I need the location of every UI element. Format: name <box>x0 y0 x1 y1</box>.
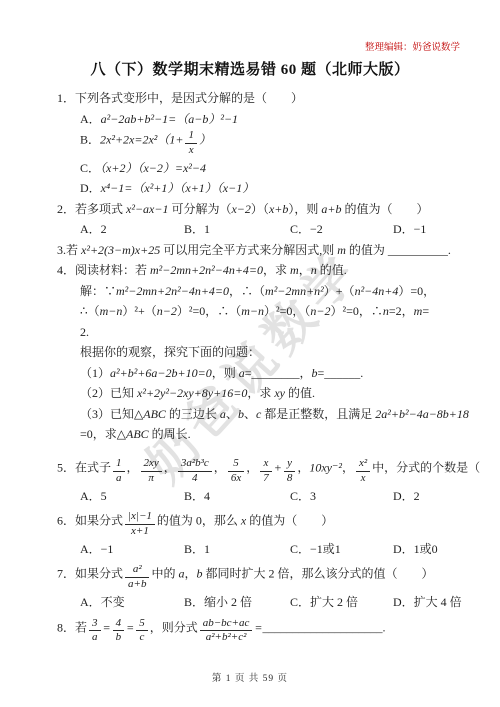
content-line: 5．在式子1a，2xyπ，3a²b³c4，56x，x7+y8，10xy⁻²，x²… <box>57 457 466 486</box>
content-line: =0，求△ABC 的周长. <box>57 424 466 445</box>
math-text: ABC <box>143 407 166 421</box>
fraction: 1a <box>113 458 125 485</box>
option: B．缩小 2 倍 <box>184 592 290 613</box>
fraction: a²a+b <box>125 564 149 591</box>
text: A． <box>80 112 101 126</box>
text: ， <box>342 460 354 474</box>
content-line: 1．下列各式变形中，是因式分解的是（ ） <box>57 88 466 109</box>
content-line: 8．若3a=4b=5c，则分式ab−bc+aca²+b²+c²=________… <box>57 617 466 646</box>
content-line: D．x⁴−1=（x²+1）（x+1）（x−1） <box>57 178 466 199</box>
content-line: C．（x+2）（x−2）=x²−4 <box>57 158 466 179</box>
text: ）²+（ <box>122 304 156 318</box>
fraction: x7 <box>260 458 272 485</box>
math-text: n−2 <box>310 304 330 318</box>
text: ）+（ <box>324 284 355 298</box>
option: A．5 <box>80 486 184 507</box>
text: ， <box>297 460 309 474</box>
text: 的值为（ ） <box>246 514 333 528</box>
text: =2， <box>389 304 414 318</box>
math-text: a+b <box>321 202 341 216</box>
option-row: A．不变B．缩小 2 倍C．扩大 2 倍D．扩大 4 倍 <box>57 592 466 613</box>
text: 的三边长 <box>166 407 220 421</box>
text: ， <box>127 460 139 474</box>
text: B．缩小 2 倍 <box>184 595 252 609</box>
text: ）²=0，∴ <box>331 304 383 318</box>
option: B．1 <box>184 219 290 240</box>
option-row: A．2B．1C．−2D．−1 <box>57 219 466 240</box>
math-text: a²+b²+6a−2b+10=0 <box>110 366 212 380</box>
text: ）（ <box>251 202 269 216</box>
content-line: A．a²−2ab+b²−1=（a−b）²−1 <box>57 109 466 130</box>
content-line: 6．如果分式|x|−1x+1的值为 0，那么 x 的值为（ ） <box>57 510 466 539</box>
fraction: x²x <box>356 458 370 485</box>
fraction: y8 <box>284 458 296 485</box>
text: ，∴（ <box>229 284 265 298</box>
text: 5．在式子 <box>57 460 111 474</box>
math-text: x²+2(3−m)x+25 <box>81 243 160 257</box>
content-line: ∴（m−n）²+（n−2）²=0，∴（m−n）²=0，（n−2）²=0，∴n=2… <box>57 301 466 322</box>
fraction: 2xyπ <box>141 458 162 485</box>
text: ， <box>299 263 311 277</box>
text: B． <box>80 133 100 147</box>
option: B．4 <box>184 486 290 507</box>
text: ，求 <box>247 386 274 400</box>
math-text: ） <box>199 133 211 147</box>
math-text: x+b <box>269 202 288 216</box>
math-text: m <box>337 243 346 257</box>
text: 2．若多项式 <box>57 202 126 216</box>
text: ， <box>184 567 196 581</box>
content-line: （2）已知 x²+2y²−2xy+8y+16=0，求 xy 的值. <box>57 383 466 404</box>
text: A．5 <box>80 489 107 503</box>
text: ____________________. <box>262 620 385 634</box>
text: B．4 <box>184 489 210 503</box>
text: A．2 <box>80 222 107 236</box>
math-text: m²−2mn+2n²−4n+4=0 <box>150 263 263 277</box>
page-footer: 第 1 页 共 59 页 <box>0 670 500 684</box>
editor-credit: 整理编辑：奶爸说数学 <box>365 39 460 53</box>
text: 6．如果分式 <box>57 514 123 528</box>
math-text: x²+2y²−2xy+8y+16=0 <box>137 386 247 400</box>
option: D．1或0 <box>393 539 466 560</box>
text: 7．如果分式 <box>57 567 123 581</box>
math-text: m <box>290 263 299 277</box>
option: A．−1 <box>80 539 184 560</box>
math-text: = <box>126 620 134 634</box>
text: D．−1 <box>393 222 426 236</box>
text: B．1 <box>184 222 210 236</box>
math-text: x²−ax−1 <box>126 202 168 216</box>
text: 4．阅读材料：若 <box>57 263 150 277</box>
math-text: 2x²+2x=2x²（1+ <box>100 133 183 147</box>
math-text: n−2 <box>157 304 177 318</box>
fraction: 3a <box>89 618 101 645</box>
text: =______. <box>318 366 364 380</box>
content-line: 3.若 x²+2(3−m)x+25 可以用完全平方式来分解因式,则 m 的值为 … <box>57 240 466 261</box>
fraction: |x|−1x+1 <box>125 511 155 538</box>
content-line: 7．如果分式a²a+b中的 a，b 都同时扩大 2 倍，那么该分式的值（ ） <box>57 563 466 592</box>
text: ）²=0，∴（ <box>177 304 241 318</box>
math-text: x−2 <box>231 202 250 216</box>
text: C． <box>80 161 100 175</box>
math-text: m−n <box>241 304 264 318</box>
text: ）²=0，（ <box>264 304 310 318</box>
text: 中，分式的个数是（ ） <box>372 460 500 474</box>
text: ，求 <box>263 263 290 277</box>
text: 的值. <box>285 386 315 400</box>
content-line: 2. <box>57 322 466 343</box>
option: C．−2 <box>290 219 393 240</box>
text: B．1 <box>184 542 210 556</box>
text: 的值. <box>317 263 347 277</box>
text: ，则分式 <box>150 620 198 634</box>
math-text: = <box>103 620 111 634</box>
content-line: 4．阅读材料：若 m²−2mn+2n²−4n+4=0，求 m，n 的值. <box>57 260 466 281</box>
document-page: 整理编辑：奶爸说数学 八（下）数学期末精选易错 60 题（北师大版） 奶爸说数学… <box>0 0 500 707</box>
fraction: ab−bc+aca²+b²+c² <box>200 618 253 645</box>
text: 、 <box>244 407 256 421</box>
text: 的值为 __________. <box>346 243 451 257</box>
text: C．扩大 2 倍 <box>290 595 358 609</box>
text: ），则 <box>288 202 321 216</box>
text: 可以用完全平方式来分解因式,则 <box>160 243 337 257</box>
text: ）=0， <box>398 284 435 298</box>
text: ， <box>164 460 176 474</box>
text: （3）已知△ <box>80 407 143 421</box>
text: 的周长. <box>149 427 191 441</box>
text: ， <box>214 460 226 474</box>
text: C．−2 <box>290 222 323 236</box>
text: ，则 <box>212 366 239 380</box>
text: 1．下列各式变形中，是因式分解的是（ ） <box>57 91 303 105</box>
math-text: m²−2mn+2n²−4n+4=0 <box>116 284 229 298</box>
text: 的值为（ ） <box>342 202 429 216</box>
text: （1） <box>80 366 110 380</box>
option: D．−1 <box>393 219 466 240</box>
text: 都是正整数，且满足 <box>261 407 375 421</box>
math-text: x⁴−1=（x²+1）（x+1）（x−1） <box>101 181 255 195</box>
fraction: 3a²b³c4 <box>178 458 212 485</box>
text: C．3 <box>290 489 316 503</box>
option: D．扩大 4 倍 <box>393 592 466 613</box>
text: （2）已知 <box>80 386 137 400</box>
content-line: 解：∵m²−2mn+2n²−4n+4=0，∴（m²−2mn+n²）+（n²−4n… <box>57 281 466 302</box>
math-text: a²−2ab+b²−1=（a−b）²−1 <box>101 112 238 126</box>
option: C．−1或1 <box>290 539 393 560</box>
math-text: n²−4n+4 <box>355 284 399 298</box>
option: B．1 <box>184 539 290 560</box>
text: 、 <box>226 407 238 421</box>
text: D．1或0 <box>393 542 438 556</box>
page-title: 八（下）数学期末精选易错 60 题（北师大版） <box>0 58 500 79</box>
option-row: A．−1B．1C．−1或1D．1或0 <box>57 539 466 560</box>
text: 3.若 <box>57 243 81 257</box>
math-text: ABC <box>126 427 149 441</box>
fraction: 5c <box>136 618 148 645</box>
text: 中的 <box>151 567 178 581</box>
fraction: 4b <box>113 618 125 645</box>
option: A．2 <box>80 219 184 240</box>
option: C．扩大 2 倍 <box>290 592 393 613</box>
math-text: xy <box>274 386 285 400</box>
text: ∴（ <box>80 304 100 318</box>
option: C．3 <box>290 486 393 507</box>
text: 都同时扩大 2 倍，那么该分式的值（ ） <box>202 567 433 581</box>
text: A．不变 <box>80 595 125 609</box>
math-text: 2a²+b²−4a−8b+18 <box>375 407 469 421</box>
questions-area: 1．下列各式变形中，是因式分解的是（ ）A．a²−2ab+b²−1=（a−b）²… <box>57 88 466 645</box>
text: 可分解为（ <box>168 202 231 216</box>
option: D．2 <box>393 486 466 507</box>
text: ， <box>246 460 258 474</box>
text: 的值为 0，那么 <box>157 514 241 528</box>
text: D． <box>80 181 101 195</box>
text: C．−1或1 <box>290 542 341 556</box>
text: 8．若 <box>57 620 87 634</box>
fraction: 56x <box>228 458 244 485</box>
option: A．不变 <box>80 592 184 613</box>
content-line: 2．若多项式 x²−ax−1 可分解为（x−2）（x+b），则 a+b 的值为（… <box>57 199 466 220</box>
math-text: + <box>274 460 282 474</box>
content-line: （1）a²+b²+6a−2b+10=0，则 a=________，b=_____… <box>57 363 466 384</box>
text: 解：∵ <box>80 284 116 298</box>
text: D．2 <box>393 489 420 503</box>
math-text: m−n <box>100 304 123 318</box>
text: A．−1 <box>80 542 113 556</box>
text: = <box>422 304 429 318</box>
fraction: 1x <box>185 130 197 157</box>
text: D．扩大 4 倍 <box>393 595 462 609</box>
option-row: A．5B．4C．3D．2 <box>57 486 466 507</box>
content-line: （3）已知△ABC 的三边长 a、b、c 都是正整数，且满足 2a²+b²−4a… <box>57 404 466 425</box>
content-line: 根据你的观察，探究下面的问题： <box>57 342 466 363</box>
text: =________， <box>245 366 312 380</box>
math-text: （x+2）（x−2）=x²−4 <box>100 161 206 175</box>
text: =0，求△ <box>80 427 126 441</box>
text: 根据你的观察，探究下面的问题： <box>80 345 260 359</box>
content-line: B．2x²+2x=2x²（1+1x） <box>57 129 466 158</box>
math-text: m²−2mn+n² <box>265 284 324 298</box>
math-text: 10xy⁻² <box>309 460 342 474</box>
text: 2. <box>80 325 89 339</box>
